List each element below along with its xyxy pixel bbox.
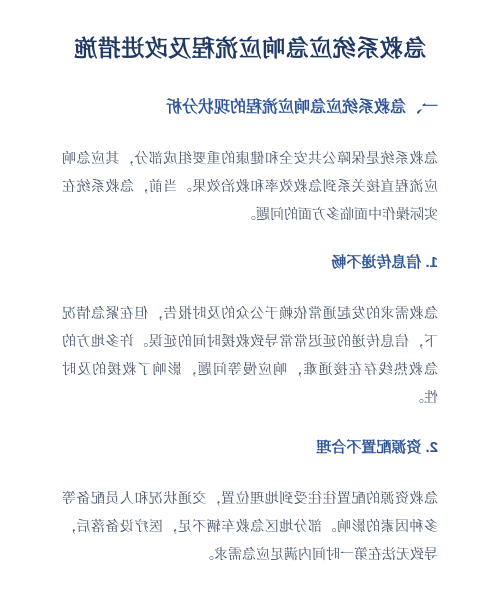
document-page: 急救系统应急响应流程及改进措施 一、急救系统应急响应流程的现状分析 急救系统是保… <box>0 0 500 600</box>
section-heading: 一、急救系统应急响应流程的现状分析 <box>62 97 438 119</box>
intro-paragraph: 急救系统是保障公共安全和健康的重要组成部分，其应急响应流程直接关系到急救效率和救… <box>62 146 438 230</box>
page-title: 急救系统应急响应流程及改进措施 <box>62 33 438 63</box>
mirrored-content-area: 急救系统应急响应流程及改进措施 一、急救系统应急响应流程的现状分析 急救系统是保… <box>0 0 500 600</box>
subsection-1-body: 急救需求的发起通常依赖于公众的及时报告，但在紧急情况下，信息传递的延迟常常导致救… <box>62 301 438 413</box>
subsection-1-heading: 1. 信息传递不畅 <box>62 253 438 273</box>
subsection-2-body: 急救资源的配置往往受到地理位置，交通状况和人员配备等多种因素的影响。部分地区急救… <box>62 486 438 570</box>
subsection-2-heading: 2. 资源配置不合理 <box>62 438 438 458</box>
